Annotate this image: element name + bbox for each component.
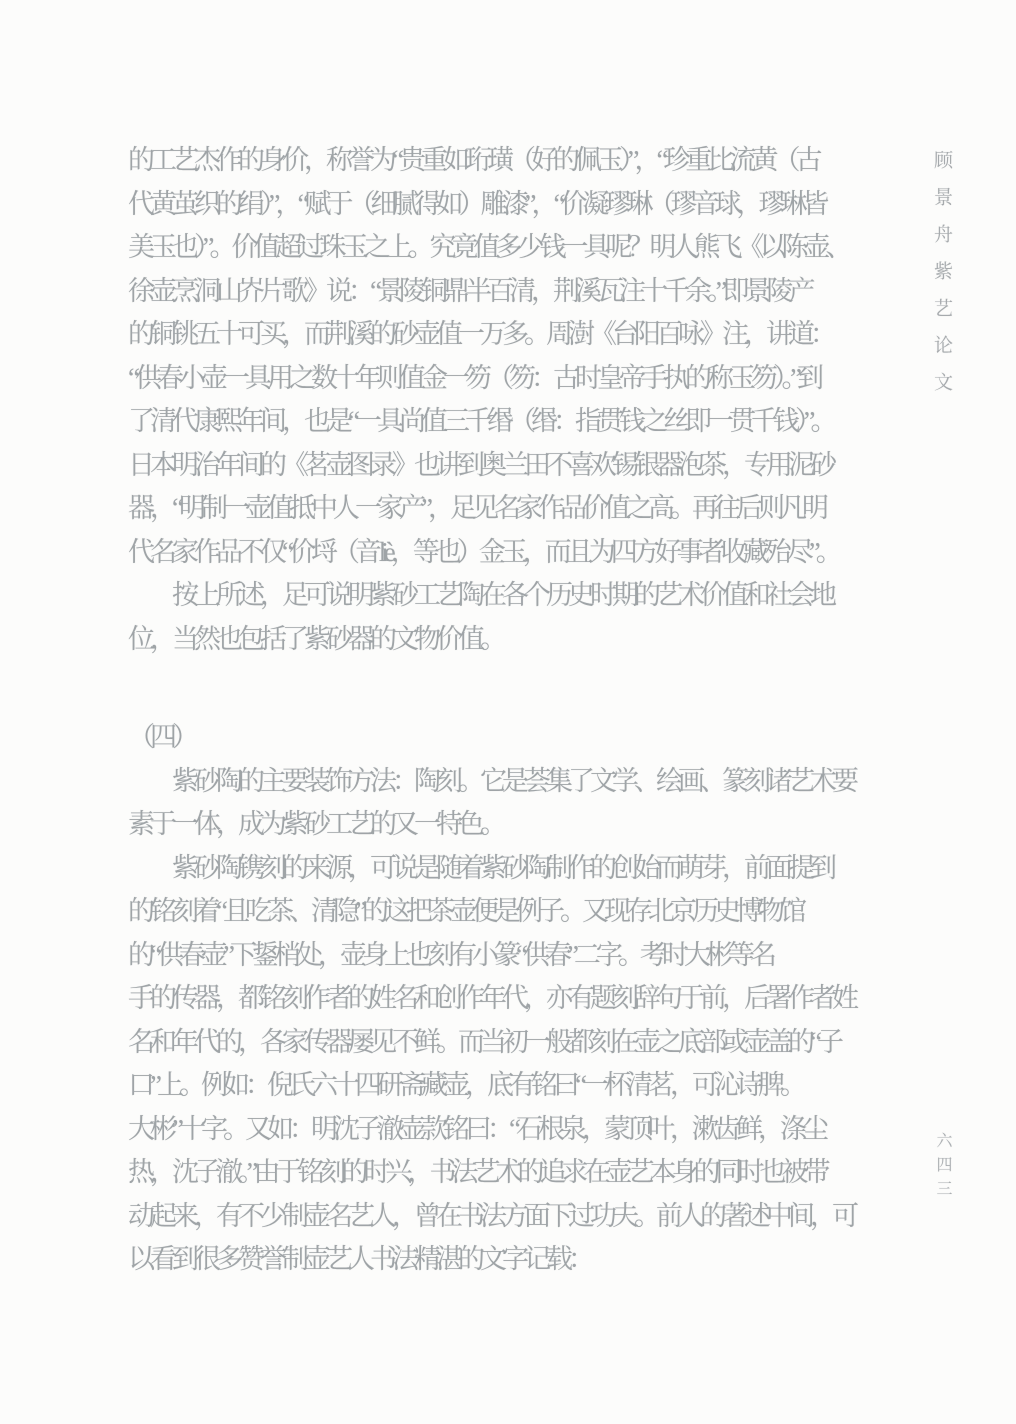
- text-line: 紫砂陶镌刻的来源，可说是随着紫砂陶制作的创始而萌芽，前面提到: [128, 847, 872, 891]
- text-line: 按上所述，足可说明紫砂工艺陶在各个历史时期的艺术价值和社会地: [128, 574, 872, 618]
- book-page: 的工艺杰作的身价，称誉为“贵重如珩璜（好的佩玉）”，“珍重比流黄（古代黄茧织的绢…: [0, 0, 1016, 1424]
- page-number-vertical: 六四三: [931, 1132, 954, 1204]
- text-line: 日本明治年间的《茗壶图录》也讲到奥兰田不喜欢锡银器泡茶，专用泥砂: [128, 444, 872, 488]
- text-line: 热，沈子澈。”由于铭刻的时兴，书法艺术的追求在壶艺本身的同时也被带: [128, 1151, 872, 1195]
- body-paragraph-block-1: 的工艺杰作的身价，称誉为“贵重如珩璜（好的佩玉）”，“珍重比流黄（古代黄茧织的绢…: [128, 139, 872, 661]
- text-line: 动起来，有不少制壶名艺人，曾在书法方面下过功夫。前人的著述中间，可: [128, 1195, 872, 1239]
- body-paragraph-block-2: （四） 紫砂陶的主要装饰方法：陶刻。它是荟集了文学、绘画、篆刻诸艺术要素于一体，…: [128, 716, 872, 1282]
- text-line: （四）: [128, 716, 872, 760]
- text-line: 了清代康熙年间，也是“一具尚值三千缗（缗：指贯钱之丝即一贯千钱）”。: [128, 400, 872, 444]
- text-line: 器，“明制一壶值抵中人一家产”，足见名家作品价值之高。再往后则凡明: [128, 487, 872, 531]
- text-line: 美玉也）”。价值超过珠玉之上。究竟值多少钱一具呢？明人熊飞《以陈壶、: [128, 226, 872, 270]
- running-head-vertical-caption: 顾景舟紫艺论文: [928, 150, 955, 409]
- text-line: 的工艺杰作的身价，称誉为“贵重如珩璜（好的佩玉）”，“珍重比流黄（古: [128, 139, 872, 183]
- text-line: 素于一体，成为紫砂工艺的又一特色。: [128, 803, 872, 847]
- text-line: 代黄茧织的绢）”，“赋于（细腻得如）雕漆”，“价凝璆琳（璆音球，璆琳皆: [128, 183, 872, 227]
- text-line: “供春小壶一具用之数十年则值金一笏（笏：古时皇帝手执的称玉笏）。”到: [128, 357, 872, 401]
- text-line: 的“供春壶”下鋬梢处，壶身上也刻有小篆“供春”二字。考时大彬等名: [128, 934, 872, 978]
- text-line: 以看到很多赞誉制壶艺人书法精湛的文字记载：: [128, 1238, 872, 1282]
- text-line: 紫砂陶的主要装饰方法：陶刻。它是荟集了文学、绘画、篆刻诸艺术要: [128, 760, 872, 804]
- text-line: 大彬”十字。又如：明沈子澈壶款铭曰：“石根泉，蒙顶叶，漱齿鲜，涤尘: [128, 1108, 872, 1152]
- text-line: 手的传器，都铭刻作者的姓名和创作年代，亦有题刻辞句于前，后署作者姓: [128, 977, 872, 1021]
- text-line: 的铜铫五十可买，而荆溪的砂壶值一万多。周澍《台阳百咏》注，讲道：: [128, 313, 872, 357]
- text-line: 位，当然也包括了紫砂器的文物价值。: [128, 618, 872, 662]
- text-line: 的铭刻着“且吃茶、清隐”的这把茶壶便是例子。又现存北京历史博物馆: [128, 890, 872, 934]
- text-line: 名和年代的，各家传器屡见不鲜。而当初一般都刻在壶之底部或壶盖的“子: [128, 1021, 872, 1065]
- text-line: 代名家作品不仅“价埒（音 liè，等也）金玉，而且为四方好事者收藏殆尽”。: [128, 531, 872, 575]
- text-line: 口”上。例如：倪氏六十四研斋藏壶，底有铭曰“一杯清茗，可沁诗脾。: [128, 1064, 872, 1108]
- text-line: 徐壶烹洞山岕片歌》说：“景陵铜鼎半百清，荆溪瓦注十千余。”即景陵产: [128, 270, 872, 314]
